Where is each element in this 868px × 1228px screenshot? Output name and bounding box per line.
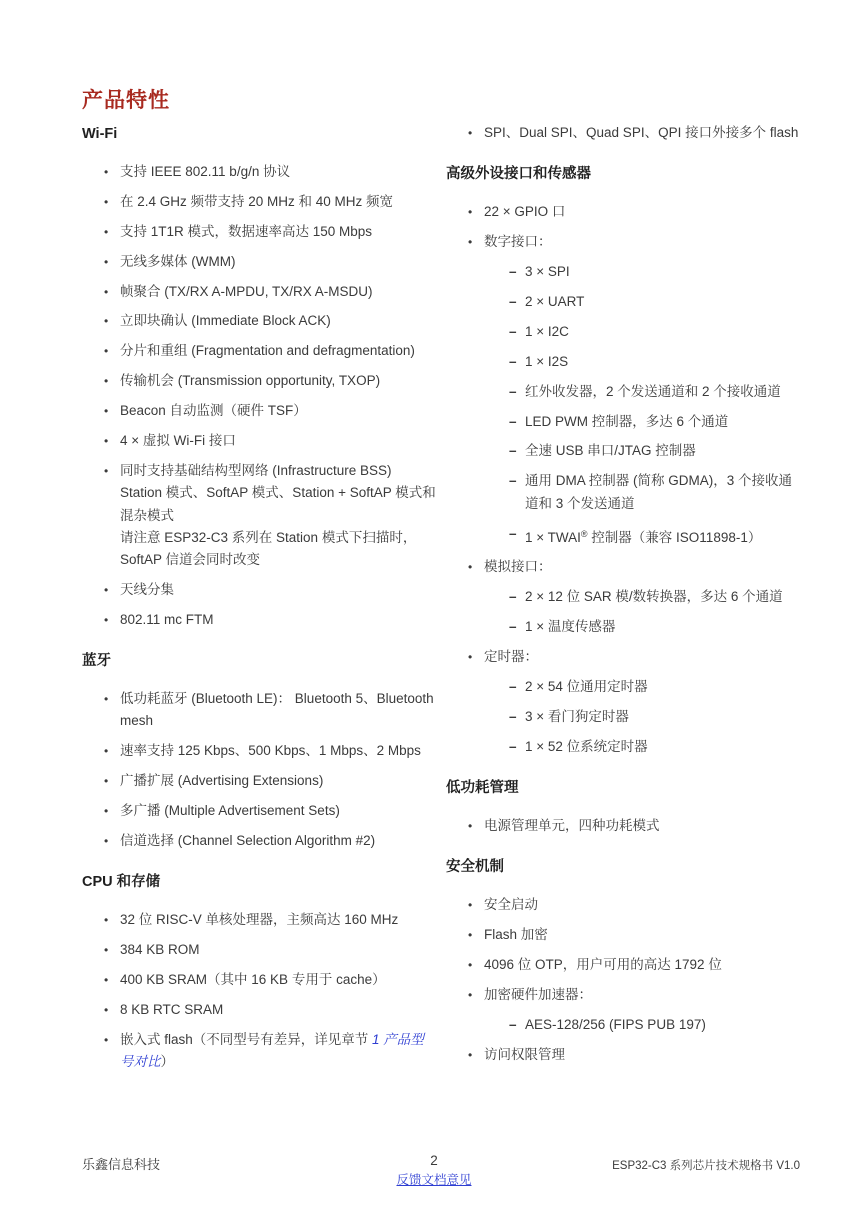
bullet-body: 同时支持基础结构型网络 (Infrastructure BSS) Station… bbox=[120, 460, 436, 571]
bullet-body: 信道选择 (Channel Selection Algorithm #2) bbox=[120, 830, 436, 852]
bullet-item: •无线多媒体 (WMM) bbox=[82, 251, 436, 273]
feature-section: 安全机制•安全启动•Flash 加密•4096 位 OTP，用户可用的高达 17… bbox=[446, 857, 800, 1066]
sub-item: –AES-128/256 (FIPS PUB 197) bbox=[484, 1014, 800, 1036]
bullet-item: •Beacon 自动监测（硬件 TSF） bbox=[82, 400, 436, 422]
bullet-text: 1 × I2C bbox=[525, 324, 569, 339]
bullet-item: •定时器：–2 × 54 位通用定时器–3 × 看门狗定时器–1 × 52 位系… bbox=[446, 646, 800, 758]
bullet-text: 在 2.4 GHz 频带支持 20 MHz 和 40 MHz 频宽 bbox=[120, 194, 393, 209]
sub-body: LED PWM 控制器，多达 6 个通道 bbox=[525, 411, 800, 433]
bullet-marker: • bbox=[104, 770, 120, 792]
bullet-item: •支持 1T1R 模式，数据速率高达 150 Mbps bbox=[82, 221, 436, 243]
section-heading: 安全机制 bbox=[446, 857, 800, 877]
feature-section: •SPI、Dual SPI、Quad SPI、QPI 接口外接多个 flash bbox=[446, 122, 800, 144]
sub-item: –2 × 12 位 SAR 模/数转换器，多达 6 个通道 bbox=[484, 586, 800, 608]
bullet-text: 帧聚合 (TX/RX A-MPDU, TX/RX A-MSDU) bbox=[120, 284, 373, 299]
bullet-text: 天线分集 bbox=[120, 582, 174, 597]
bullet-text: 3 × 看门狗定时器 bbox=[525, 709, 629, 724]
sub-item: –通用 DMA 控制器 (简称 GDMA)，3 个接收通道和 3 个发送通道 bbox=[484, 470, 800, 515]
sub-item: –2 × UART bbox=[484, 291, 800, 313]
footer-doc-title: ESP32-C3 系列芯片技术规格书 V1.0 bbox=[612, 1157, 800, 1173]
dash-marker: – bbox=[509, 1014, 525, 1036]
bullet-body: 立即块确认 (Immediate Block ACK) bbox=[120, 310, 436, 332]
bullet-body: 安全启动 bbox=[484, 894, 800, 916]
bullet-body: 天线分集 bbox=[120, 579, 436, 601]
bullet-item: •天线分集 bbox=[82, 579, 436, 601]
bullet-text: Beacon 自动监测（硬件 TSF） bbox=[120, 403, 307, 418]
bullet-body: 电源管理单元，四种功耗模式 bbox=[484, 815, 800, 837]
feature-section: 低功耗管理•电源管理单元，四种功耗模式 bbox=[446, 778, 800, 837]
bullet-marker: • bbox=[468, 646, 484, 758]
bullet-marker: • bbox=[104, 191, 120, 213]
text-segment: 嵌入式 flash（不同型号有差异，详见章节 bbox=[120, 1032, 372, 1047]
bullet-item: •Flash 加密 bbox=[446, 924, 800, 946]
bullet-item: •帧聚合 (TX/RX A-MPDU, TX/RX A-MSDU) bbox=[82, 281, 436, 303]
sub-item: –3 × 看门狗定时器 bbox=[484, 706, 800, 728]
sub-item: –3 × SPI bbox=[484, 261, 800, 283]
sub-body: 1 × 温度传感器 bbox=[525, 616, 800, 638]
bullet-marker: • bbox=[468, 556, 484, 638]
bullet-item: •传输机会 (Transmission opportunity, TXOP) bbox=[82, 370, 436, 392]
bullet-item: •支持 IEEE 802.11 b/g/n 协议 bbox=[82, 161, 436, 183]
text-segment: ） bbox=[161, 1054, 175, 1069]
bullet-item: •速率支持 125 Kbps、500 Kbps、1 Mbps、2 Mbps bbox=[82, 740, 436, 762]
bullet-marker: • bbox=[104, 939, 120, 961]
bullet-text: 传输机会 (Transmission opportunity, TXOP) bbox=[120, 373, 380, 388]
dash-marker: – bbox=[509, 351, 525, 373]
bullet-marker: • bbox=[104, 400, 120, 422]
sub-body: 红外收发器，2 个发送通道和 2 个接收通道 bbox=[525, 381, 800, 403]
bullet-item: •在 2.4 GHz 频带支持 20 MHz 和 40 MHz 频宽 bbox=[82, 191, 436, 213]
bullet-item: •加密硬件加速器：–AES-128/256 (FIPS PUB 197) bbox=[446, 984, 800, 1036]
bullet-marker: • bbox=[104, 969, 120, 991]
section-heading: 高级外设接口和传感器 bbox=[446, 164, 800, 184]
sub-body: 2 × UART bbox=[525, 291, 800, 313]
dash-marker: – bbox=[509, 261, 525, 283]
bullet-body: 32 位 RISC-V 单核处理器，主频高达 160 MHz bbox=[120, 909, 436, 931]
dash-marker: – bbox=[509, 736, 525, 758]
bullet-marker: • bbox=[468, 231, 484, 549]
bullet-text: 2 × UART bbox=[525, 294, 584, 309]
bullet-text: 速率支持 125 Kbps、500 Kbps、1 Mbps、2 Mbps bbox=[120, 743, 421, 758]
sub-item: –1 × I2S bbox=[484, 351, 800, 373]
sub-item: –1 × 52 位系统定时器 bbox=[484, 736, 800, 758]
sub-body: 1 × 52 位系统定时器 bbox=[525, 736, 800, 758]
bullet-text: 802.11 mc FTM bbox=[120, 612, 214, 627]
sub-body: 1 × I2C bbox=[525, 321, 800, 343]
dash-marker: – bbox=[509, 523, 525, 549]
bullet-item: •4096 位 OTP，用户可用的高达 1792 位 bbox=[446, 954, 800, 976]
bullet-marker: • bbox=[104, 460, 120, 571]
bullet-body: 384 KB ROM bbox=[120, 939, 436, 961]
bullet-marker: • bbox=[104, 579, 120, 601]
bullet-body: 访问权限管理 bbox=[484, 1044, 800, 1066]
sub-item: –全速 USB 串口/JTAG 控制器 bbox=[484, 440, 800, 462]
bullet-item: •384 KB ROM bbox=[82, 939, 436, 961]
bullet-marker: • bbox=[104, 310, 120, 332]
bullet-text: 全速 USB 串口/JTAG 控制器 bbox=[525, 443, 696, 458]
registered-trademark-sup: ® bbox=[581, 529, 588, 539]
text-segment: 控制器（兼容 ISO11898-1） bbox=[588, 530, 762, 545]
bullet-text: 1 × 温度传感器 bbox=[525, 619, 615, 634]
bullet-marker: • bbox=[104, 221, 120, 243]
bullet-text: 红外收发器，2 个发送通道和 2 个接收通道 bbox=[525, 384, 781, 399]
dash-marker: – bbox=[509, 381, 525, 403]
bullet-marker: • bbox=[468, 894, 484, 916]
section-heading: Wi-Fi bbox=[82, 124, 436, 144]
sub-body: AES-128/256 (FIPS PUB 197) bbox=[525, 1014, 800, 1036]
bullet-marker: • bbox=[104, 370, 120, 392]
bullet-text: 2 × 54 位通用定时器 bbox=[525, 679, 648, 694]
bullet-marker: • bbox=[468, 984, 484, 1036]
dash-marker: – bbox=[509, 470, 525, 515]
bullet-text: 低功耗蓝牙 (Bluetooth LE)： Bluetooth 5、Blueto… bbox=[120, 691, 434, 728]
bullet-body: 广播扩展 (Advertising Extensions) bbox=[120, 770, 436, 792]
bullet-text: 22 × GPIO 口 bbox=[484, 204, 565, 219]
bullet-item: •安全启动 bbox=[446, 894, 800, 916]
bullet-item: •立即块确认 (Immediate Block ACK) bbox=[82, 310, 436, 332]
bullet-marker: • bbox=[104, 430, 120, 452]
sub-body: 全速 USB 串口/JTAG 控制器 bbox=[525, 440, 800, 462]
bullet-marker: • bbox=[468, 924, 484, 946]
sub-body: 3 × 看门狗定时器 bbox=[525, 706, 800, 728]
bullet-text: 访问权限管理 bbox=[484, 1047, 565, 1062]
dash-marker: – bbox=[509, 676, 525, 698]
column-left: Wi-Fi•支持 IEEE 802.11 b/g/n 协议•在 2.4 GHz … bbox=[82, 122, 436, 1081]
bullet-text: 广播扩展 (Advertising Extensions) bbox=[120, 773, 323, 788]
sub-body: 2 × 54 位通用定时器 bbox=[525, 676, 800, 698]
bullet-text: 定时器： bbox=[484, 649, 538, 664]
bullet-text: 信道选择 (Channel Selection Algorithm #2) bbox=[120, 833, 375, 848]
bullet-body: 嵌入式 flash（不同型号有差异，详见章节 1 产品型号对比） bbox=[120, 1029, 436, 1074]
bullet-item: •分片和重组 (Fragmentation and defragmentatio… bbox=[82, 340, 436, 362]
bullet-item: •400 KB SRAM（其中 16 KB 专用于 cache） bbox=[82, 969, 436, 991]
bullet-marker: • bbox=[104, 281, 120, 303]
bullet-text: 多广播 (Multiple Advertisement Sets) bbox=[120, 803, 340, 818]
feature-section: 高级外设接口和传感器•22 × GPIO 口•数字接口：–3 × SPI–2 ×… bbox=[446, 164, 800, 758]
bullet-text: 通用 DMA 控制器 (简称 GDMA)，3 个接收通道和 3 个发送通道 bbox=[525, 473, 792, 510]
bullet-text: 3 × SPI bbox=[525, 264, 570, 279]
sub-item: –LED PWM 控制器，多达 6 个通道 bbox=[484, 411, 800, 433]
bullet-body: 无线多媒体 (WMM) bbox=[120, 251, 436, 273]
feature-section: 蓝牙•低功耗蓝牙 (Bluetooth LE)： Bluetooth 5、Blu… bbox=[82, 651, 436, 852]
bullet-item: •嵌入式 flash（不同型号有差异，详见章节 1 产品型号对比） bbox=[82, 1029, 436, 1074]
bullet-body: 802.11 mc FTM bbox=[120, 609, 436, 631]
bullet-item: •信道选择 (Channel Selection Algorithm #2) bbox=[82, 830, 436, 852]
sub-body: 1 × I2S bbox=[525, 351, 800, 373]
dash-marker: – bbox=[509, 291, 525, 313]
bullet-text: 384 KB ROM bbox=[120, 942, 200, 957]
text-segment: 1 × TWAI bbox=[525, 530, 581, 545]
bullet-item: •4 × 虚拟 Wi-Fi 接口 bbox=[82, 430, 436, 452]
page-footer: 乐鑫信息科技 2 ESP32-C3 系列芯片技术规格书 V1.0 反馈文档意见 bbox=[0, 1151, 868, 1201]
dash-marker: – bbox=[509, 321, 525, 343]
feature-section: Wi-Fi•支持 IEEE 802.11 b/g/n 协议•在 2.4 GHz … bbox=[82, 124, 436, 631]
sub-body: 1 × TWAI® 控制器（兼容 ISO11898-1） bbox=[525, 523, 800, 549]
bullet-text: 数字接口： bbox=[484, 234, 552, 249]
bullet-item: •32 位 RISC-V 单核处理器，主频高达 160 MHz bbox=[82, 909, 436, 931]
section-heading: 低功耗管理 bbox=[446, 778, 800, 798]
bullet-marker: • bbox=[468, 954, 484, 976]
bullet-item: •SPI、Dual SPI、Quad SPI、QPI 接口外接多个 flash bbox=[446, 122, 800, 144]
bullet-text: 400 KB SRAM（其中 16 KB 专用于 cache） bbox=[120, 972, 386, 987]
bullet-item: •低功耗蓝牙 (Bluetooth LE)： Bluetooth 5、Bluet… bbox=[82, 688, 436, 733]
bullet-text: 1 × I2S bbox=[525, 354, 568, 369]
bullet-text: 1 × 52 位系统定时器 bbox=[525, 739, 648, 754]
page-title: 产品特性 bbox=[82, 84, 170, 114]
bullet-body: 传输机会 (Transmission opportunity, TXOP) bbox=[120, 370, 436, 392]
bullet-marker: • bbox=[468, 201, 484, 223]
dash-marker: – bbox=[509, 586, 525, 608]
bullet-item: •数字接口：–3 × SPI–2 × UART–1 × I2C–1 × I2S–… bbox=[446, 231, 800, 549]
bullet-body: 8 KB RTC SRAM bbox=[120, 999, 436, 1021]
bullet-marker: • bbox=[104, 688, 120, 733]
bullet-text: 4096 位 OTP，用户可用的高达 1792 位 bbox=[484, 957, 722, 972]
bullet-marker: • bbox=[468, 1044, 484, 1066]
sub-item: –红外收发器，2 个发送通道和 2 个接收通道 bbox=[484, 381, 800, 403]
bullet-body: 22 × GPIO 口 bbox=[484, 201, 800, 223]
bullet-marker: • bbox=[104, 161, 120, 183]
sub-item: –1 × TWAI® 控制器（兼容 ISO11898-1） bbox=[484, 523, 800, 549]
bullet-body: 4096 位 OTP，用户可用的高达 1792 位 bbox=[484, 954, 800, 976]
bullet-body: 速率支持 125 Kbps、500 Kbps、1 Mbps、2 Mbps bbox=[120, 740, 436, 762]
bullet-body: Beacon 自动监测（硬件 TSF） bbox=[120, 400, 436, 422]
bullet-body: 支持 IEEE 802.11 b/g/n 协议 bbox=[120, 161, 436, 183]
datasheet-page: 产品特性 Wi-Fi•支持 IEEE 802.11 b/g/n 协议•在 2.4… bbox=[0, 0, 868, 1228]
bullet-body: 在 2.4 GHz 频带支持 20 MHz 和 40 MHz 频宽 bbox=[120, 191, 436, 213]
bullet-marker: • bbox=[104, 830, 120, 852]
bullet-marker: • bbox=[104, 740, 120, 762]
feature-section: CPU 和存储•32 位 RISC-V 单核处理器，主频高达 160 MHz•3… bbox=[82, 872, 436, 1073]
bullet-text: 支持 IEEE 802.11 b/g/n 协议 bbox=[120, 164, 290, 179]
bullet-marker: • bbox=[468, 122, 484, 144]
bullet-body: 低功耗蓝牙 (Bluetooth LE)： Bluetooth 5、Blueto… bbox=[120, 688, 436, 733]
bullet-body: 模拟接口：–2 × 12 位 SAR 模/数转换器，多达 6 个通道–1 × 温… bbox=[484, 556, 800, 638]
sub-item: –1 × I2C bbox=[484, 321, 800, 343]
bullet-body: 多广播 (Multiple Advertisement Sets) bbox=[120, 800, 436, 822]
bullet-marker: • bbox=[104, 1029, 120, 1074]
feature-columns: Wi-Fi•支持 IEEE 802.11 b/g/n 协议•在 2.4 GHz … bbox=[82, 122, 800, 1081]
bullet-body: 加密硬件加速器：–AES-128/256 (FIPS PUB 197) bbox=[484, 984, 800, 1036]
bullet-body: 定时器：–2 × 54 位通用定时器–3 × 看门狗定时器–1 × 52 位系统… bbox=[484, 646, 800, 758]
bullet-marker: • bbox=[104, 999, 120, 1021]
bullet-text: 分片和重组 (Fragmentation and defragmentation… bbox=[120, 343, 415, 358]
dash-marker: – bbox=[509, 706, 525, 728]
bullet-item: •访问权限管理 bbox=[446, 1044, 800, 1066]
bullet-item: •8 KB RTC SRAM bbox=[82, 999, 436, 1021]
bullet-marker: • bbox=[104, 251, 120, 273]
bullet-marker: • bbox=[104, 609, 120, 631]
footer-company: 乐鑫信息科技 bbox=[82, 1154, 160, 1173]
bullet-text: 32 位 RISC-V 单核处理器，主频高达 160 MHz bbox=[120, 912, 398, 927]
bullet-text: 安全启动 bbox=[484, 897, 538, 912]
bullet-marker: • bbox=[104, 909, 120, 931]
bullet-body: 分片和重组 (Fragmentation and defragmentation… bbox=[120, 340, 436, 362]
bullet-body: 4 × 虚拟 Wi-Fi 接口 bbox=[120, 430, 436, 452]
bullet-item: •电源管理单元，四种功耗模式 bbox=[446, 815, 800, 837]
bullet-text: 电源管理单元，四种功耗模式 bbox=[484, 818, 660, 833]
bullet-marker: • bbox=[104, 340, 120, 362]
section-heading: 蓝牙 bbox=[82, 651, 436, 671]
bullet-text: 8 KB RTC SRAM bbox=[120, 1002, 223, 1017]
bullet-text: SPI、Dual SPI、Quad SPI、QPI 接口外接多个 flash bbox=[484, 125, 798, 140]
column-right: •SPI、Dual SPI、Quad SPI、QPI 接口外接多个 flash高… bbox=[446, 122, 800, 1081]
sub-body: 2 × 12 位 SAR 模/数转换器，多达 6 个通道 bbox=[525, 586, 800, 608]
bullet-body: 支持 1T1R 模式，数据速率高达 150 Mbps bbox=[120, 221, 436, 243]
dash-marker: – bbox=[509, 616, 525, 638]
bullet-body: SPI、Dual SPI、Quad SPI、QPI 接口外接多个 flash bbox=[484, 122, 800, 144]
dash-marker: – bbox=[509, 411, 525, 433]
bullet-text: 同时支持基础结构型网络 (Infrastructure BSS) Station… bbox=[120, 463, 436, 567]
section-heading: CPU 和存储 bbox=[82, 872, 436, 892]
bullet-text: 立即块确认 (Immediate Block ACK) bbox=[120, 313, 331, 328]
bullet-text: 2 × 12 位 SAR 模/数转换器，多达 6 个通道 bbox=[525, 589, 783, 604]
bullet-item: •802.11 mc FTM bbox=[82, 609, 436, 631]
bullet-text: AES-128/256 (FIPS PUB 197) bbox=[525, 1017, 706, 1032]
bullet-marker: • bbox=[104, 800, 120, 822]
sub-item: –2 × 54 位通用定时器 bbox=[484, 676, 800, 698]
bullet-item: •多广播 (Multiple Advertisement Sets) bbox=[82, 800, 436, 822]
bullet-body: 400 KB SRAM（其中 16 KB 专用于 cache） bbox=[120, 969, 436, 991]
bullet-text: Flash 加密 bbox=[484, 927, 548, 942]
bullet-text: 加密硬件加速器： bbox=[484, 987, 592, 1002]
bullet-text: 4 × 虚拟 Wi-Fi 接口 bbox=[120, 433, 236, 448]
bullet-text: LED PWM 控制器，多达 6 个通道 bbox=[525, 414, 728, 429]
bullet-item: •22 × GPIO 口 bbox=[446, 201, 800, 223]
bullet-body: 数字接口：–3 × SPI–2 × UART–1 × I2C–1 × I2S–红… bbox=[484, 231, 800, 549]
dash-marker: – bbox=[509, 440, 525, 462]
bullet-text: 支持 1T1R 模式，数据速率高达 150 Mbps bbox=[120, 224, 372, 239]
bullet-item: •广播扩展 (Advertising Extensions) bbox=[82, 770, 436, 792]
bullet-item: •同时支持基础结构型网络 (Infrastructure BSS) Statio… bbox=[82, 460, 436, 571]
bullet-text: 无线多媒体 (WMM) bbox=[120, 254, 235, 269]
bullet-marker: • bbox=[468, 815, 484, 837]
bullet-body: 帧聚合 (TX/RX A-MPDU, TX/RX A-MSDU) bbox=[120, 281, 436, 303]
sub-item: –1 × 温度传感器 bbox=[484, 616, 800, 638]
bullet-item: •模拟接口：–2 × 12 位 SAR 模/数转换器，多达 6 个通道–1 × … bbox=[446, 556, 800, 638]
bullet-body: Flash 加密 bbox=[484, 924, 800, 946]
sub-body: 3 × SPI bbox=[525, 261, 800, 283]
sub-body: 通用 DMA 控制器 (简称 GDMA)，3 个接收通道和 3 个发送通道 bbox=[525, 470, 800, 515]
bullet-text: 模拟接口： bbox=[484, 559, 552, 574]
